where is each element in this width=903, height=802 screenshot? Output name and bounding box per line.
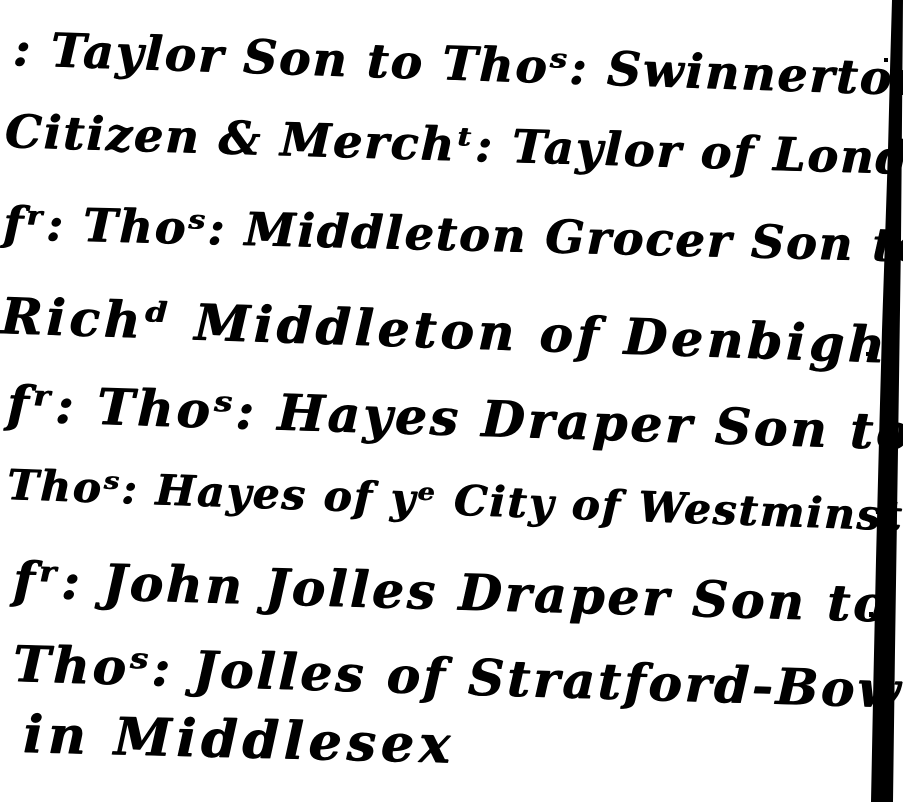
manuscript-line: fʳ: Thoˢ: Hayes Draper Son to (6, 374, 903, 461)
manuscript-line: Richᵈ Middleton of Denbigh —— (0, 286, 903, 379)
manuscript-line: fʳ: Thoˢ: Middleton Grocer Son to (3, 196, 903, 273)
manuscript-line: : Taylor Son to Thoˢ: Swinnerton (12, 22, 903, 107)
manuscript-line: Citizen & Merchᵗ: Taylor of London (4, 104, 903, 187)
manuscript-line: in Middlesex (23, 704, 456, 776)
manuscript-line: fʳ: John Jolles Draper Son to (12, 550, 890, 633)
manuscript-line: Thoˢ: Hayes of yᵉ City of Westminstʳ: (6, 460, 903, 542)
manuscript-page: : Taylor Son to Thoˢ: Swinnerton Citizen… (0, 0, 903, 802)
